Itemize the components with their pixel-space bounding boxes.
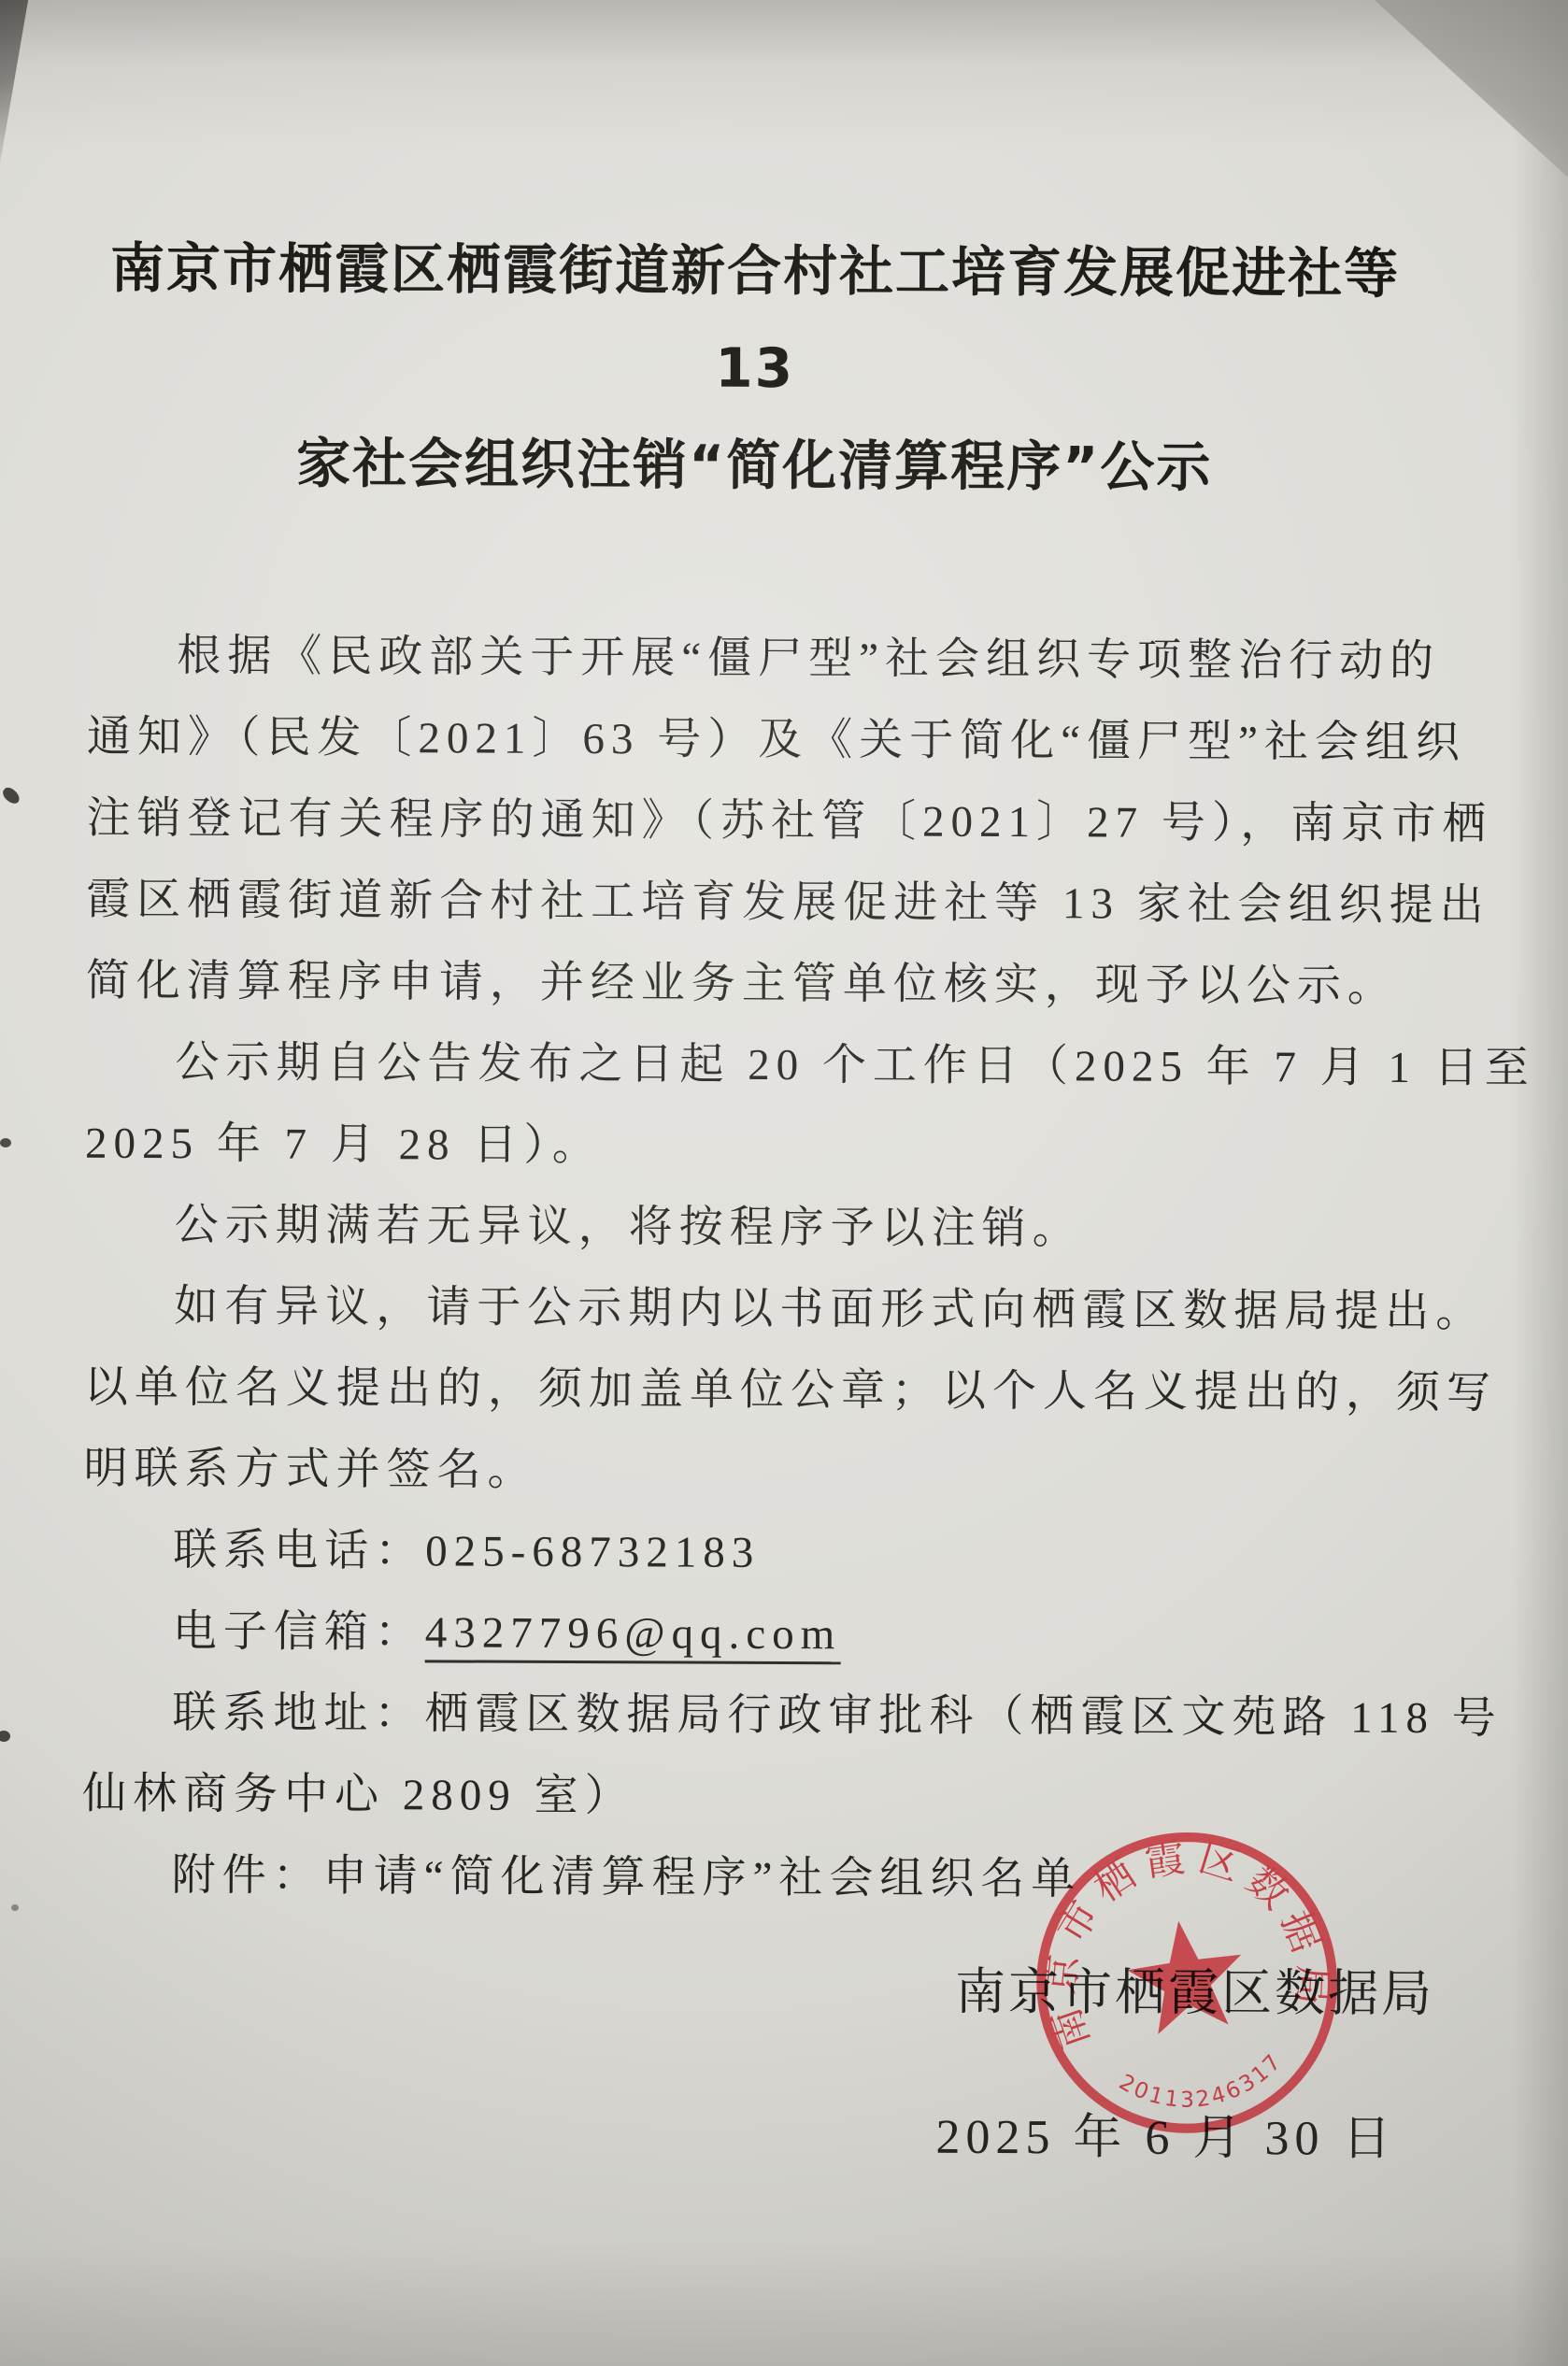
body-line-6: 公示期自公告发布之日起 20 个工作日（2025 年 7 月 1 日至 <box>85 1022 1483 1110</box>
body-line-5: 简化清算程序申请，并经业务主管单位核实，现予以公示。 <box>86 941 1484 1029</box>
official-seal: 南京市栖霞区数据局 201132463171 <box>1006 1802 1368 2163</box>
body-line-4: 霞区栖霞街道新合村社工培育发展促进社等 13 家社会组织提出 <box>86 860 1484 948</box>
document-content: 南京市栖霞区栖霞街道新合村社工培育发展促进社等13 家社会组织注销“简化清算程序… <box>79 0 1488 2366</box>
body-line-9: 如有异议，请于公示期内以书面形式向栖霞区数据局提出。 <box>84 1266 1482 1354</box>
photographed-document-page: 南京市栖霞区栖霞街道新合村社工培育发展促进社等13 家社会组织注销“简化清算程序… <box>0 0 1568 2366</box>
body-line-2: 通知》（民发〔2021〕63 号）及《关于简化“僵尸型”社会组织 <box>87 697 1485 785</box>
contact-email-line: 电子信箱：4327796@qq.com <box>83 1591 1481 1679</box>
body-line-10: 以单位名义提出的，须加盖单位公章；以个人名义提出的，须写 <box>84 1347 1482 1435</box>
photo-corner-shadow-top-left <box>0 0 49 164</box>
photo-speck <box>11 1904 19 1911</box>
photo-right-shadow <box>1512 0 1568 2366</box>
body-line-3: 注销登记有关程序的通知》（苏社管〔2021〕27 号），南京市栖 <box>86 778 1484 866</box>
photo-speck <box>0 785 22 806</box>
document-body: 根据《民政部关于开展“僵尸型”社会组织专项整治行动的 通知》（民发〔2021〕6… <box>81 616 1485 1923</box>
body-line-1: 根据《民政部关于开展“僵尸型”社会组织专项整治行动的 <box>87 616 1485 704</box>
body-line-11: 明联系方式并签名。 <box>83 1429 1481 1517</box>
contact-phone-line: 联系电话：025-68732183 <box>83 1510 1481 1598</box>
email-label: 电子信箱： <box>173 1607 425 1657</box>
contact-address-line-1: 联系地址：栖霞区数据局行政审批科（栖霞区文苑路 118 号 <box>82 1673 1480 1760</box>
body-line-7: 2025 年 7 月 28 日）。 <box>85 1104 1483 1191</box>
seal-star-icon <box>1121 1913 1250 2037</box>
title-line-1: 南京市栖霞区栖霞街道新合村社工培育发展促进社等13 <box>88 220 1421 420</box>
photo-speck <box>0 1731 10 1742</box>
email-value: 4327796@qq.com <box>425 1608 842 1664</box>
body-line-8: 公示期满若无异议，将按程序予以注销。 <box>85 1185 1483 1273</box>
title-line-2: 家社会组织注销“简化清算程序”公示 <box>88 414 1420 517</box>
photo-speck <box>0 1138 11 1147</box>
document-title: 南京市栖霞区栖霞街道新合村社工培育发展促进社等13 家社会组织注销“简化清算程序… <box>88 220 1487 518</box>
